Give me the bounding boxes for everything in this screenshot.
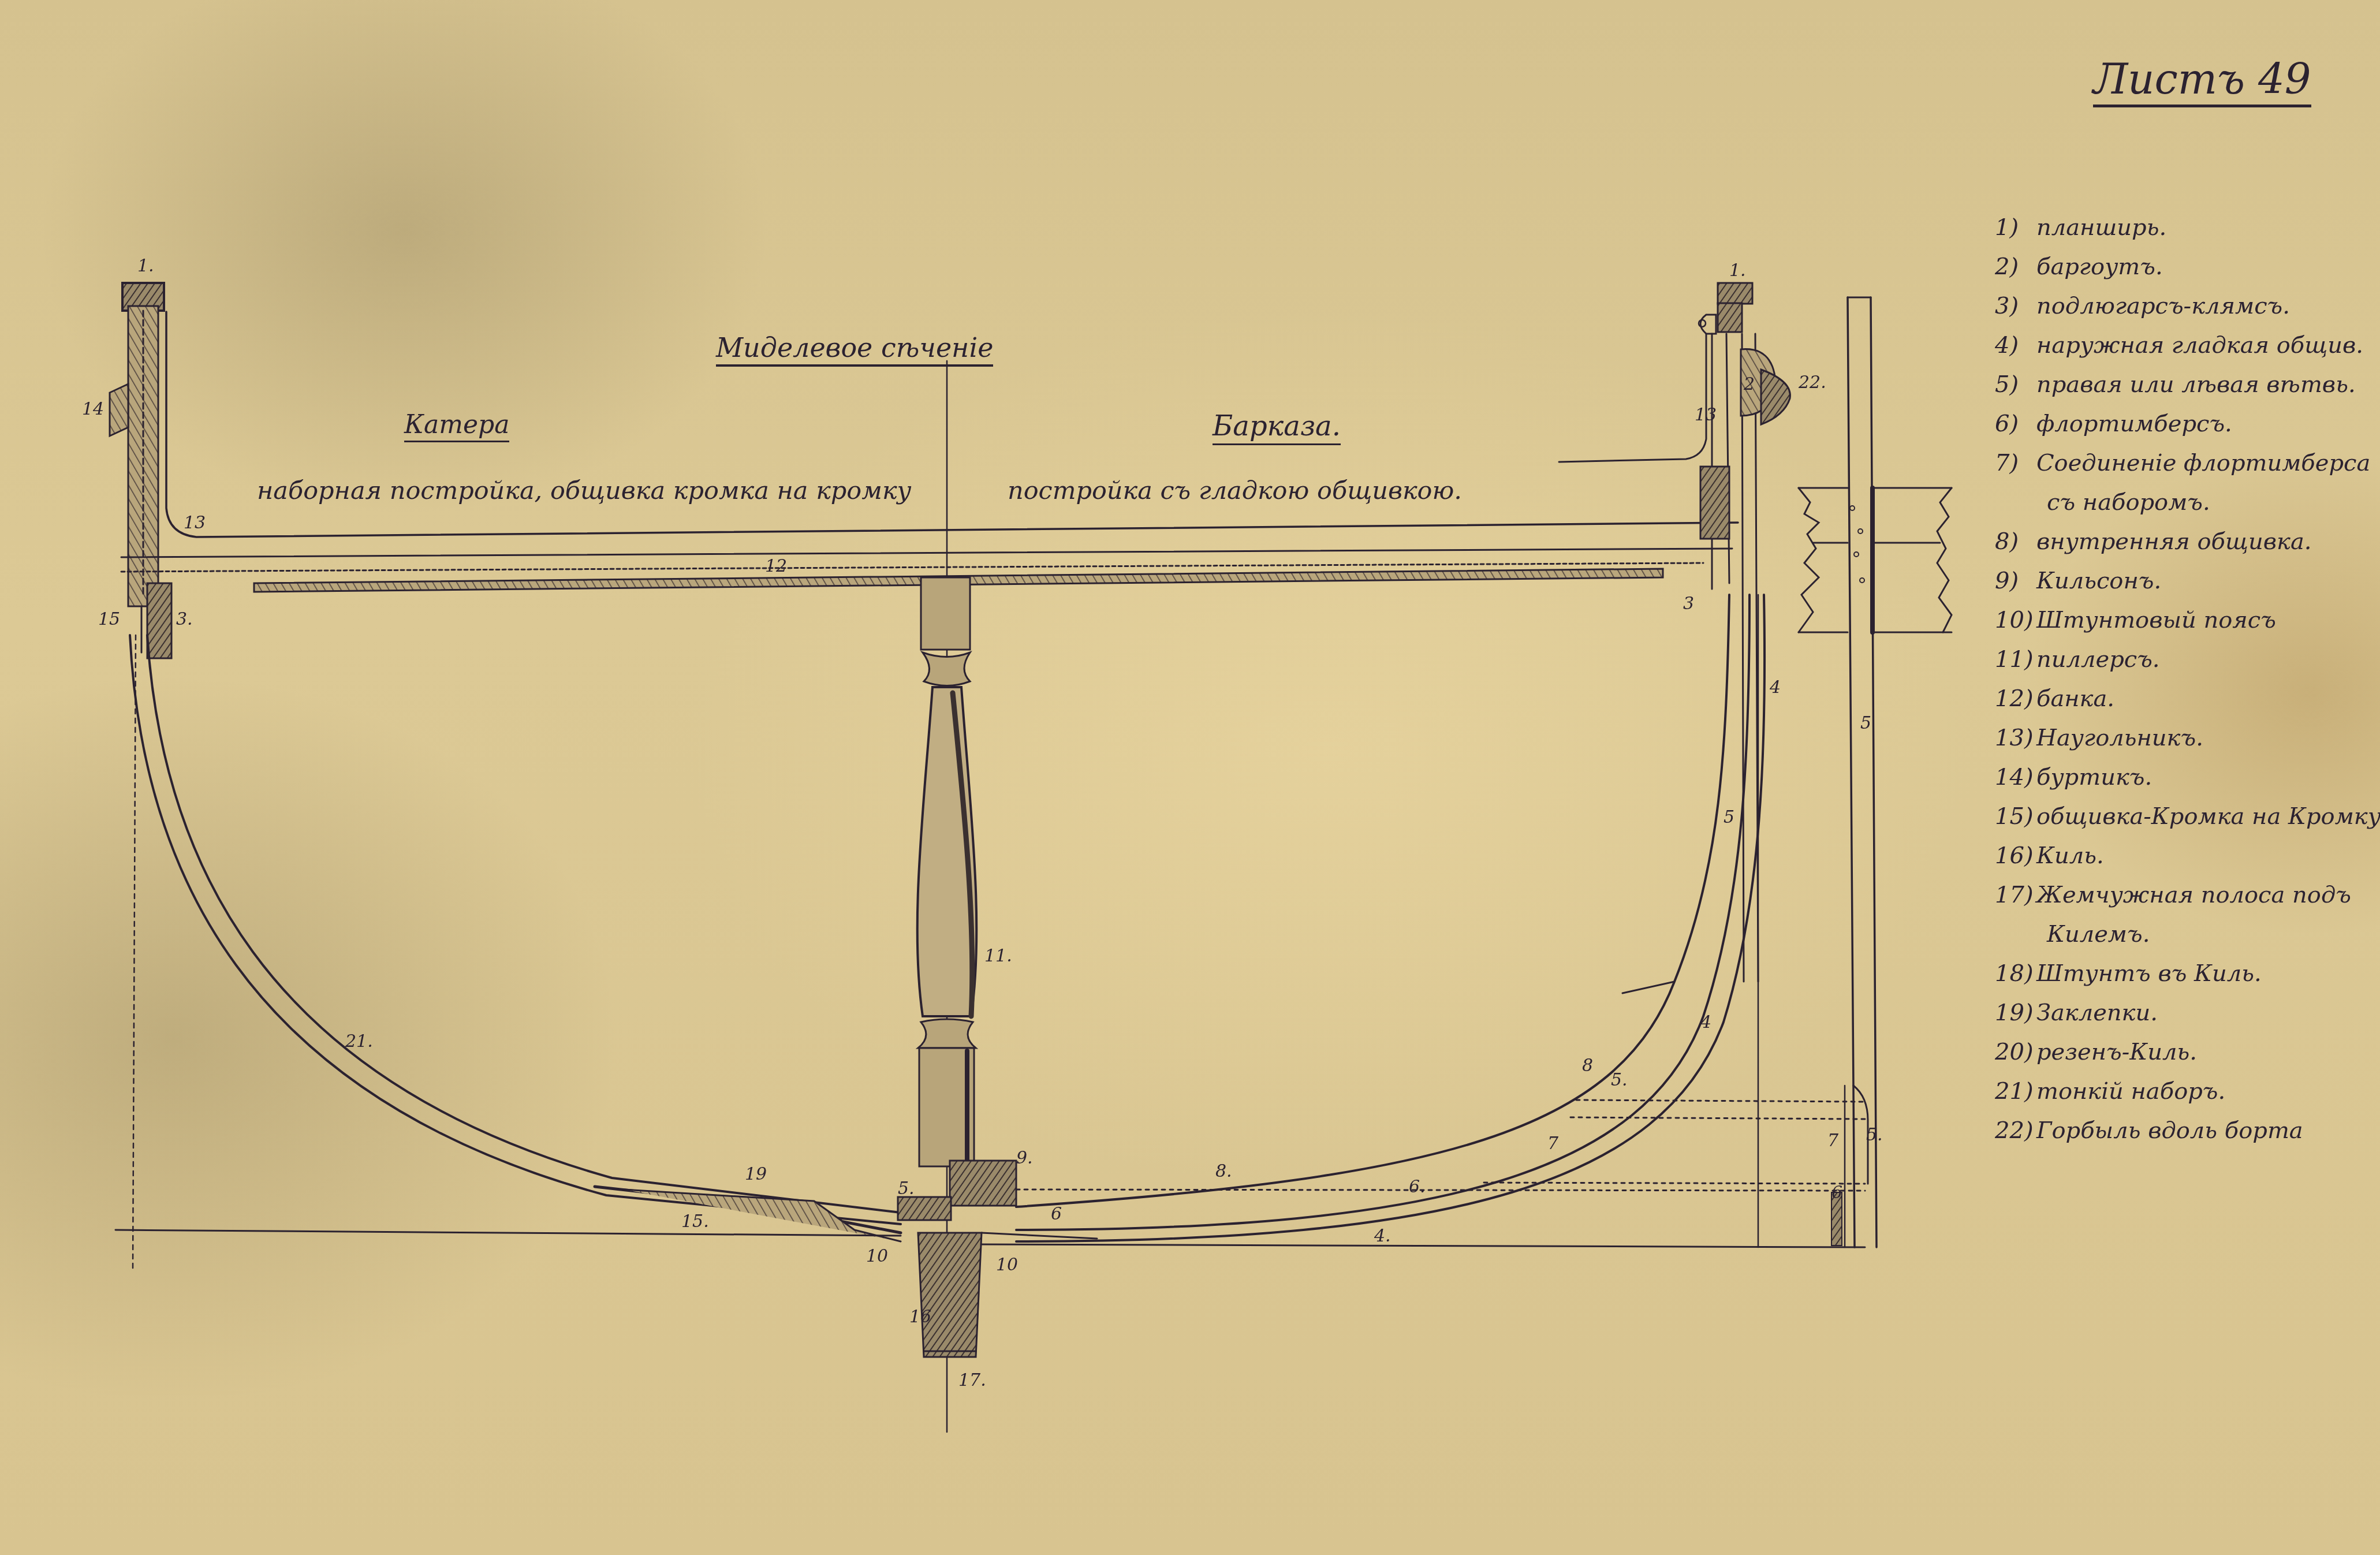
- legend-item: 9)Кильсонъ.: [1995, 561, 2364, 601]
- part-label-l6a: 6: [1051, 1204, 1062, 1224]
- part-label-l15b: 15.: [681, 1211, 709, 1232]
- right-hull-section: [982, 283, 1868, 1247]
- legend-item-number: 20): [1995, 1032, 2036, 1072]
- legend-item-text: Штунтовый поясъ: [2036, 607, 2276, 633]
- legend-item-text: Кильсонъ.: [2036, 568, 2161, 594]
- legend-item: 14)буртикъ.: [1995, 758, 2364, 797]
- legend-item-text: наружная гладкая общив.: [2036, 332, 2363, 359]
- part-label-l9: 9.: [1016, 1148, 1033, 1168]
- legend-item-number: 4): [1995, 326, 2036, 365]
- part-label-l3a: 3.: [176, 609, 193, 629]
- part-label-l15: 15: [98, 609, 120, 629]
- legend-item-number: 2): [1995, 247, 2036, 286]
- legend-item-number: 10): [1995, 601, 2036, 640]
- legend-item-text: Киль.: [2036, 842, 2104, 869]
- legend-item: съ наборомъ.: [1995, 483, 2364, 522]
- legend-item-text: Наугольникъ.: [2036, 725, 2203, 751]
- legend-item-text: тонкій наборъ.: [2036, 1078, 2225, 1105]
- legend-item-text: планширь.: [2036, 214, 2166, 241]
- legend-item-number: 21): [1995, 1072, 2036, 1111]
- legend-item-number: 11): [1995, 640, 2036, 679]
- part-label-l5rr: 5.: [1866, 1125, 1883, 1145]
- part-label-l7r: 7: [1827, 1131, 1839, 1151]
- part-label-l13: 13: [184, 513, 206, 533]
- legend-item: 21)тонкій наборъ.: [1995, 1072, 2364, 1111]
- legend-item: 3)подлюгарсъ-клямсъ.: [1995, 286, 2364, 326]
- legend-item: 18)Штунтъ въ Киль.: [1995, 954, 2364, 993]
- pillar: [917, 577, 977, 1166]
- part-label-l21: 21.: [345, 1031, 373, 1051]
- legend-item: 1)планширь.: [1995, 208, 2364, 247]
- legend-item: 7)Соединеніе флортимберса: [1995, 443, 2364, 483]
- part-label-l7a: 7: [1547, 1133, 1559, 1154]
- legend-item: 17)Жемчужная полоса подъ: [1995, 875, 2364, 915]
- legend-item: 22)Горбыль вдоль борта: [1995, 1111, 2364, 1150]
- legend-item-text: съ наборомъ.: [2047, 489, 2210, 516]
- part-label-l22: 22.: [1798, 372, 1826, 393]
- part-label-l11: 11.: [984, 946, 1012, 966]
- part-label-l4c: 4: [1769, 677, 1781, 698]
- legend-item-number: 17): [1995, 875, 2036, 915]
- legend-item-text: банка.: [2036, 685, 2114, 712]
- part-label-l5a: 5.: [898, 1179, 915, 1199]
- legend-item-number: 18): [1995, 954, 2036, 993]
- legend-item: 8)внутренняя общивка.: [1995, 522, 2364, 561]
- legend-item-number: 8): [1995, 522, 2036, 561]
- part-number-labels: 1.1413153.1211.21.1915.5.9.10101617.68.6…: [82, 256, 1883, 1390]
- legend-item: 15)общивка-Кромка на Кромку: [1995, 797, 2364, 836]
- part-label-l5c: 5: [1724, 807, 1734, 827]
- legend-item-text: Горбыль вдоль борта: [2036, 1117, 2303, 1144]
- part-label-l16: 16: [909, 1307, 931, 1327]
- part-label-l14: 14: [82, 399, 104, 419]
- legend-item-text: подлюгарсъ-клямсъ.: [2036, 293, 2290, 319]
- part-label-l6r: 6: [1831, 1183, 1842, 1203]
- legend-item-number: 6): [1995, 404, 2036, 443]
- legend-item-number: 9): [1995, 561, 2036, 601]
- part-label-l4b: 4.: [1374, 1226, 1391, 1246]
- part-label-l8a: 8.: [1215, 1161, 1232, 1181]
- legend-item-number: 14): [1995, 758, 2036, 797]
- part-label-l8b: 8: [1582, 1056, 1593, 1076]
- legend-item-text: общивка-Кромка на Кромку: [2036, 803, 2380, 830]
- part-label-l5b: 5.: [1611, 1070, 1628, 1090]
- part-label-l4a: 4: [1700, 1012, 1711, 1032]
- parts-legend: 1)планширь.2)баргоутъ.3)подлюгарсъ-клямс…: [1995, 208, 2364, 1150]
- legend-item-text: правая или лѣвая вѣтвь.: [2036, 371, 2356, 398]
- legend-item-number: 3): [1995, 286, 2036, 326]
- part-label-l5r: 5: [1860, 713, 1871, 733]
- legend-item-number: 5): [1995, 365, 2036, 404]
- legend-item: 2)баргоутъ.: [1995, 247, 2364, 286]
- part-label-l13r: 13: [1695, 405, 1717, 425]
- legend-item: 20)резенъ-Киль.: [1995, 1032, 2364, 1072]
- part-label-l1r: 1.: [1729, 260, 1746, 281]
- legend-item: 6)флортимберсъ.: [1995, 404, 2364, 443]
- part-label-l19: 19: [745, 1164, 767, 1184]
- legend-item-number: 12): [1995, 679, 2036, 718]
- legend-item: 10)Штунтовый поясъ: [1995, 601, 2364, 640]
- legend-item: 11)пиллерсъ.: [1995, 640, 2364, 679]
- legend-item-text: флортимберсъ.: [2036, 411, 2232, 437]
- legend-item-text: Жемчужная полоса подъ: [2036, 882, 2351, 908]
- legend-item-text: буртикъ.: [2036, 764, 2152, 790]
- legend-item: 16)Киль.: [1995, 836, 2364, 875]
- legend-item-text: резенъ-Киль.: [2036, 1039, 2197, 1065]
- legend-item-text: баргоутъ.: [2036, 253, 2163, 280]
- legend-item-text: Килемъ.: [2047, 921, 2150, 948]
- legend-item-number: 22): [1995, 1111, 2036, 1150]
- legend-item-number: 13): [1995, 718, 2036, 758]
- part-label-l12: 12: [765, 556, 787, 576]
- part-label-l10a: 10: [866, 1246, 888, 1266]
- part-label-l17: 17.: [958, 1370, 986, 1390]
- legend-item-text: Соединеніе флортимберса: [2036, 450, 2370, 476]
- legend-item: 4)наружная гладкая общив.: [1995, 326, 2364, 365]
- legend-item-number: 16): [1995, 836, 2036, 875]
- part-label-l6b: 6.: [1409, 1177, 1426, 1197]
- legend-item-text: Штунтъ въ Киль.: [2036, 960, 2262, 987]
- legend-item: 19)Заклепки.: [1995, 993, 2364, 1032]
- legend-item-number: 1): [1995, 208, 2036, 247]
- part-label-l3r: 3: [1683, 594, 1694, 614]
- legend-item: 13)Наугольникъ.: [1995, 718, 2364, 758]
- part-label-l1: 1.: [137, 256, 154, 276]
- legend-item: Килемъ.: [1995, 915, 2364, 954]
- part-label-l2: 2: [1743, 374, 1755, 394]
- legend-item-number: 15): [1995, 797, 2036, 836]
- legend-item: 5)правая или лѣвая вѣтвь.: [1995, 365, 2364, 404]
- legend-item-number: 7): [1995, 443, 2036, 483]
- part-label-l10b: 10: [996, 1255, 1018, 1275]
- legend-item-text: внутренняя общивка.: [2036, 528, 2311, 555]
- legend-item: 12)банка.: [1995, 679, 2364, 718]
- legend-item-number: 19): [1995, 993, 2036, 1032]
- legend-item-text: Заклепки.: [2036, 1000, 2158, 1026]
- strake-detail: [1799, 297, 1952, 1247]
- legend-item-text: пиллерсъ.: [2036, 646, 2160, 673]
